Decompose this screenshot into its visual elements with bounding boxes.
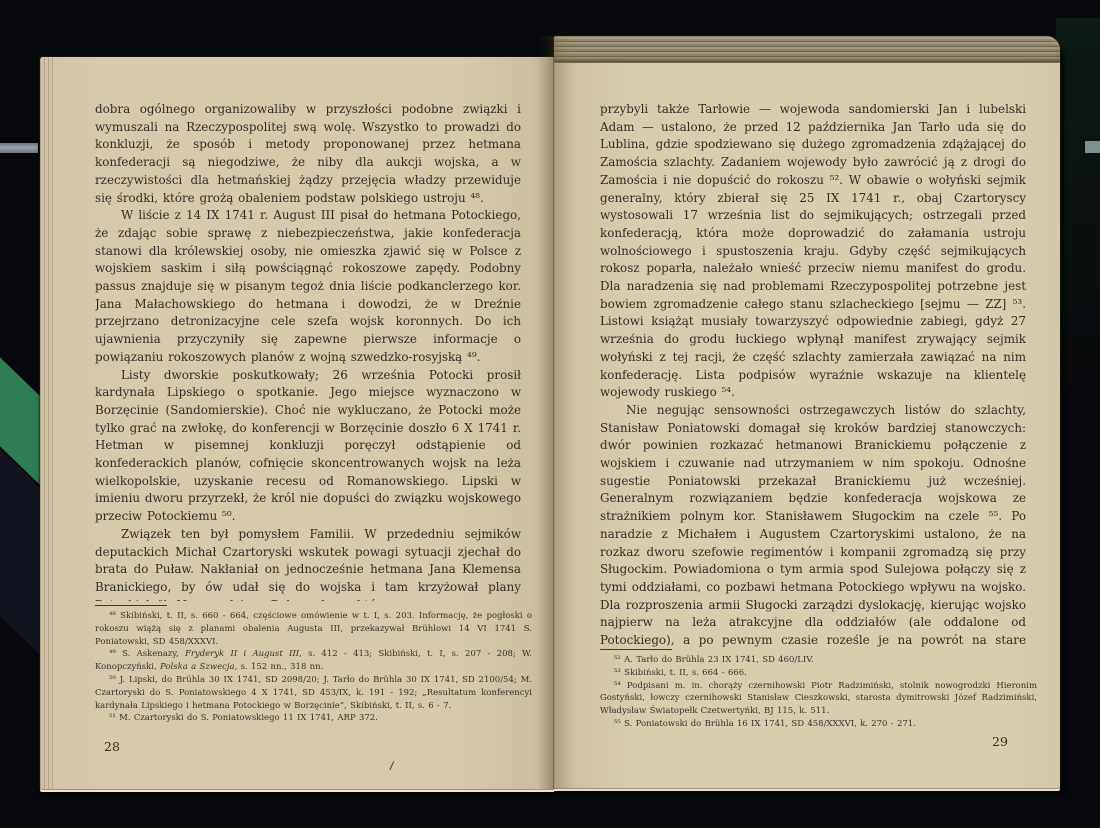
photo-background: dobra ogólnego organizowaliby w przyszło… (0, 0, 1100, 828)
paragraph: Związek ten był pomysłem Familii. W prze… (95, 526, 521, 601)
footnote-separator (600, 649, 672, 650)
footnote-separator (95, 605, 167, 606)
footnote-title-italic: Polska a Szwecja (160, 662, 235, 672)
footnote-50: ⁵⁰ J. Lipski, do Brühla 30 IX 1741, SD 2… (95, 674, 532, 712)
right-page-body: przybyli także Tarłowie — wojewoda sando… (600, 101, 1026, 649)
footnote-51: ⁵¹ M. Czartoryski do S. Poniatowskiego 1… (95, 712, 532, 725)
paragraph: Listy dworskie poskutkowały; 26 września… (95, 367, 521, 526)
left-page-edge-stack (40, 57, 53, 789)
footnote-text: ⁴⁸ Skibiński, t. II, s. 660 - 664, częśc… (95, 611, 532, 647)
paragraph: Nie negując sensowności ostrzegawczych l… (600, 402, 1026, 649)
footnote-52: ⁵² A. Tarło do Brühla 23 IX 1741, SD 460… (600, 654, 1037, 667)
footnote-text: ⁵² A. Tarło do Brühla 23 IX 1741, SD 460… (614, 655, 814, 665)
page-number-right: 29 (992, 734, 1008, 749)
footnote-text: ⁵³ Skibiński, t. II, s. 664 - 666. (614, 668, 747, 678)
page-number-left: 28 (104, 739, 120, 754)
footnote-48: ⁴⁸ Skibiński, t. II, s. 660 - 664, częśc… (95, 610, 532, 648)
footnote-53: ⁵³ Skibiński, t. II, s. 664 - 666. (600, 667, 1037, 680)
left-page-body: dobra ogólnego organizowaliby w przyszło… (95, 101, 521, 601)
footnote-54: ⁵⁴ Podpisani m. in. chorąży czernihowski… (600, 680, 1037, 718)
right-page-footnotes: ⁵² A. Tarło do Brühla 23 IX 1741, SD 460… (600, 654, 1037, 731)
footnote-text: ⁵⁴ Podpisani m. in. chorąży czernihowski… (600, 681, 1037, 717)
stray-ink-mark: / (389, 759, 394, 772)
footnote-title-italic: Fryderyk II i August III (185, 649, 299, 659)
footnote-text: ⁴⁹ S. Askenazy, (109, 649, 185, 659)
footnote-55: ⁵⁵ S. Poniatowski do Brühla 16 IX 1741, … (600, 718, 1037, 731)
right-page-edge-stack (554, 36, 1060, 63)
paragraph: W liście z 14 IX 1741 r. August III pisa… (95, 207, 521, 366)
footnote-text: ⁵¹ M. Czartoryski do S. Poniatowskiego 1… (109, 713, 378, 723)
footnote-text: , s. 152 nn., 318 nn. (235, 662, 324, 672)
footnote-text: ⁵⁰ J. Lipski, do Brühla 30 IX 1741, SD 2… (95, 675, 532, 711)
paragraph: dobra ogólnego organizowaliby w przyszło… (95, 101, 521, 207)
paragraph: przybyli także Tarłowie — wojewoda sando… (600, 101, 1026, 402)
left-page: dobra ogólnego organizowaliby w przyszło… (40, 57, 554, 789)
footnote-text: ⁵⁵ S. Poniatowski do Brühla 16 IX 1741, … (614, 719, 916, 729)
open-book: dobra ogólnego organizowaliby w przyszło… (0, 0, 1100, 828)
footnote-49: ⁴⁹ S. Askenazy, Fryderyk II i August III… (95, 648, 532, 674)
right-page: przybyli także Tarłowie — wojewoda sando… (554, 36, 1060, 788)
left-page-footnotes: ⁴⁸ Skibiński, t. II, s. 660 - 664, częśc… (95, 610, 532, 725)
